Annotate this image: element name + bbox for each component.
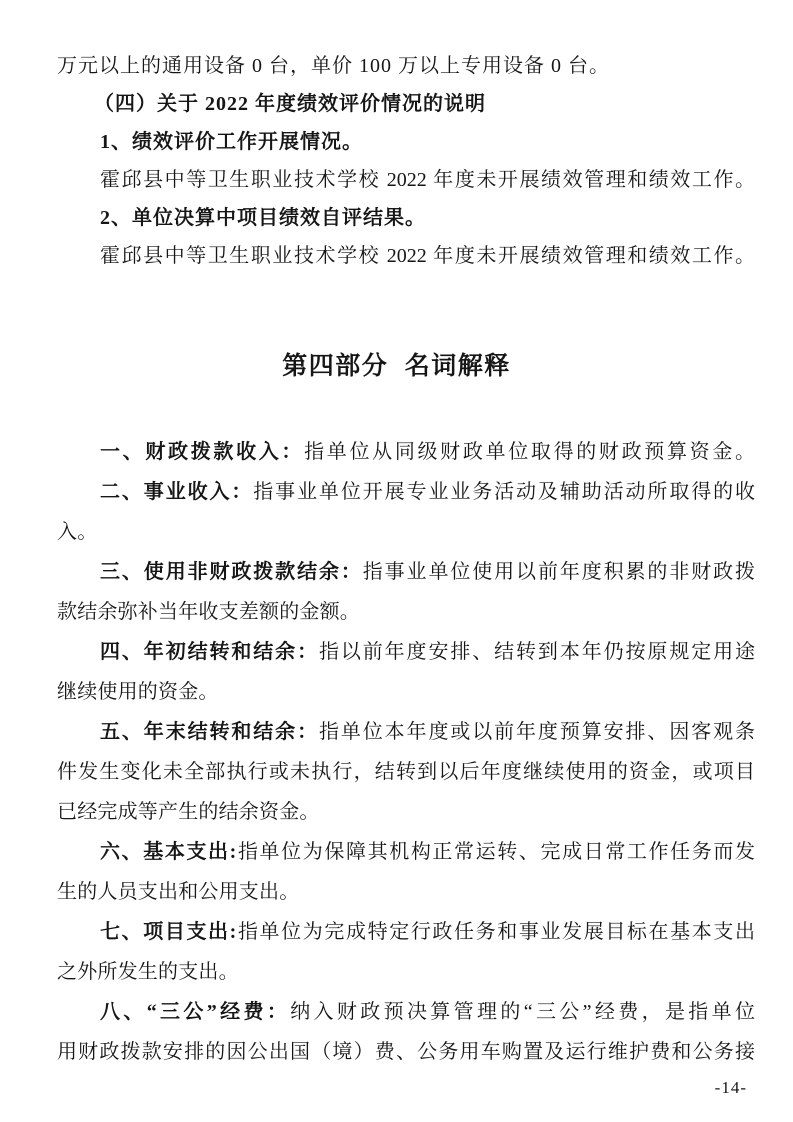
glossary-text: 指事业单位开展专业业务活动及辅助活动所取得的收 [253, 481, 755, 503]
glossary-text: 指单位从同级财政单位取得的财政预算资金。 [304, 441, 755, 463]
glossary-text: 款结余弥补当年收支差额的金额。 [57, 601, 360, 623]
numbered-item-1-body: 霍邱县中等卫生职业技术学校 2022 年度未开展绩效管理和绩效工作。 [57, 161, 755, 199]
numbered-item-2-title: 2、单位决算中项目绩效自评结果。 [57, 199, 755, 237]
numbered-item-2-body: 霍邱县中等卫生职业技术学校 2022 年度未开展绩效管理和绩效工作。 [57, 237, 755, 275]
glossary-text: 指以前年度安排、结转到本年仍按原规定用途 [319, 641, 755, 663]
glossary-term: 六、基本支出: [100, 841, 236, 863]
subheading-text: （四）关于 2022 年度绩效评价情况的说明 [94, 93, 486, 115]
intro-paragraph-line: 万元以上的通用设备 0 台，单价 100 万以上专用设备 0 台。 [57, 47, 755, 85]
glossary-text: 生的人员支出和公用支出。 [57, 881, 299, 903]
glossary-line-2-cont: 入。 [57, 512, 755, 552]
item-title-text: 2、单位决算中项目绩效自评结果。 [100, 207, 426, 229]
glossary-line-3-cont: 款结余弥补当年收支差额的金额。 [57, 592, 755, 632]
glossary-term: 二、事业收入： [100, 481, 253, 503]
glossary-text: 之外所发生的支出。 [57, 961, 239, 983]
subheading-level2: （四）关于 2022 年度绩效评价情况的说明 [57, 85, 755, 123]
part4-title: 第四部分 名词解释 [0, 348, 793, 384]
glossary-text: 已经完成等产生的结余资金。 [57, 801, 320, 823]
glossary-text: 指单位为完成特定行政任务和事业发展目标在基本支出 [236, 921, 755, 943]
glossary-section: 一、财政拨款收入：指单位从同级财政单位取得的财政预算资金。 二、事业收入：指事业… [57, 432, 755, 1072]
glossary-line-4: 四、年初结转和结余：指以前年度安排、结转到本年仍按原规定用途 [57, 632, 755, 672]
glossary-line-5-cont1: 件发生变化未全部执行或未执行，结转到以后年度继续使用的资金，或项目 [57, 752, 755, 792]
item-body-text: 霍邱县中等卫生职业技术学校 2022 年度未开展绩效管理和绩效工作。 [100, 169, 755, 191]
glossary-line-5-cont2: 已经完成等产生的结余资金。 [57, 792, 755, 832]
intro-section: 万元以上的通用设备 0 台，单价 100 万以上专用设备 0 台。 （四）关于 … [57, 47, 755, 275]
document-page: 万元以上的通用设备 0 台，单价 100 万以上专用设备 0 台。 （四）关于 … [0, 0, 793, 1122]
glossary-text: 指单位为保障其机构正常运转、完成日常工作任务而发 [236, 841, 755, 863]
item-title-text: 1、绩效评价工作开展情况。 [100, 131, 363, 153]
page-number: -14- [715, 1078, 747, 1098]
glossary-text: 继续使用的资金。 [57, 681, 219, 703]
glossary-term: 三、使用非财政拨款结余： [100, 561, 363, 583]
glossary-line-8: 八、“三公”经费：纳入财政预决算管理的“三公”经费，是指单位 [57, 992, 755, 1032]
glossary-text: 指单位本年度或以前年度预算安排、因客观条 [319, 721, 755, 743]
glossary-text: 用财政拨款安排的因公出国（境）费、公务用车购置及运行维护费和公务接 [57, 1041, 755, 1063]
glossary-line-4-cont: 继续使用的资金。 [57, 672, 755, 712]
glossary-text: 纳入财政预决算管理的“三公”经费，是指单位 [290, 1001, 755, 1023]
glossary-line-8-cont: 用财政拨款安排的因公出国（境）费、公务用车购置及运行维护费和公务接 [57, 1032, 755, 1072]
glossary-line-7: 七、项目支出:指单位为完成特定行政任务和事业发展目标在基本支出 [57, 912, 755, 952]
glossary-term: 八、“三公”经费： [100, 1001, 290, 1023]
glossary-term: 四、年初结转和结余： [100, 641, 319, 663]
numbered-item-1-title: 1、绩效评价工作开展情况。 [57, 123, 755, 161]
glossary-line-6: 六、基本支出:指单位为保障其机构正常运转、完成日常工作任务而发 [57, 832, 755, 872]
glossary-text: 件发生变化未全部执行或未执行，结转到以后年度继续使用的资金，或项目 [57, 761, 755, 783]
glossary-text: 指事业单位使用以前年度积累的非财政拨 [363, 561, 755, 583]
glossary-line-7-cont: 之外所发生的支出。 [57, 952, 755, 992]
glossary-term: 五、年末结转和结余： [100, 721, 319, 743]
glossary-line-5: 五、年末结转和结余：指单位本年度或以前年度预算安排、因客观条 [57, 712, 755, 752]
glossary-line-2: 二、事业收入：指事业单位开展专业业务活动及辅助活动所取得的收 [57, 472, 755, 512]
glossary-line-3: 三、使用非财政拨款结余：指事业单位使用以前年度积累的非财政拨 [57, 552, 755, 592]
glossary-text: 入。 [57, 521, 97, 543]
intro-text: 万元以上的通用设备 0 台，单价 100 万以上专用设备 0 台。 [57, 55, 610, 77]
glossary-line-1: 一、财政拨款收入：指单位从同级财政单位取得的财政预算资金。 [57, 432, 755, 472]
item-body-text: 霍邱县中等卫生职业技术学校 2022 年度未开展绩效管理和绩效工作。 [100, 245, 755, 267]
glossary-line-6-cont: 生的人员支出和公用支出。 [57, 872, 755, 912]
glossary-term: 七、项目支出: [100, 921, 236, 943]
glossary-term: 一、财政拨款收入： [100, 441, 304, 463]
